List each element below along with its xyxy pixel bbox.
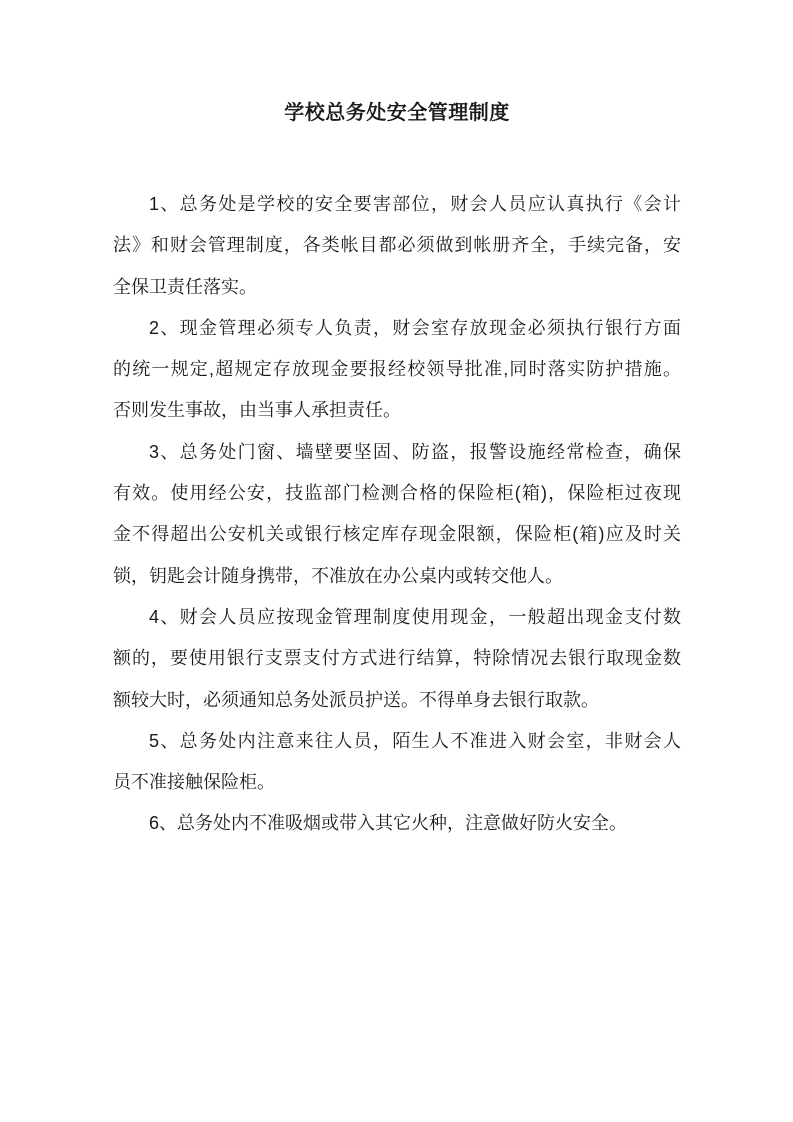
paragraph: 2、现金管理必须专人负责，财会室存放现金必须执行银行方面的统一规定,超规定存放现… <box>113 308 681 432</box>
paragraph-line: 法》和财会管理制度，各类帐目都必须做到帐册齐全，手续完备，安 <box>113 225 681 266</box>
paragraph-line: 员不准接触保险柜。 <box>113 762 681 803</box>
document-page: 学校总务处安全管理制度 1、总务处是学校的安全要害部位，财会人员应认真执行《会计… <box>0 0 793 1122</box>
paragraph-line: 金不得超出公安机关或银行核定库存现金限额，保险柜(箱)应及时关 <box>113 514 681 555</box>
document-title: 学校总务处安全管理制度 <box>113 98 681 129</box>
paragraph: 5、总务处内注意来往人员，陌生人不准进入财会室，非财会人员不准接触保险柜。 <box>113 721 681 804</box>
paragraph: 4、财会人员应按现金管理制度使用现金，一般超出现金支付数额的，要使用银行支票支付… <box>113 597 681 721</box>
paragraph-line: 4、财会人员应按现金管理制度使用现金，一般超出现金支付数 <box>113 597 681 638</box>
paragraph-line: 6、总务处内不准吸烟或带入其它火种，注意做好防火安全。 <box>113 803 681 844</box>
paragraph-line: 1、总务处是学校的安全要害部位，财会人员应认真执行《会计 <box>113 184 681 225</box>
paragraph-line: 3、总务处门窗、墙壁要坚固、防盗，报警设施经常检查，确保 <box>113 432 681 473</box>
paragraph-line: 额的，要使用银行支票支付方式进行结算，特除情况去银行取现金数 <box>113 638 681 679</box>
paragraph: 6、总务处内不准吸烟或带入其它火种，注意做好防火安全。 <box>113 803 681 844</box>
paragraph-line: 全保卫责任落实。 <box>113 267 681 308</box>
paragraph-line: 的统一规定,超规定存放现金要报经校领导批准,同时落实防护措施。 <box>113 349 681 390</box>
paragraph-line: 有效。使用经公安，技监部门检测合格的保险柜(箱)，保险柜过夜现 <box>113 473 681 514</box>
paragraph-line: 额较大时，必须通知总务处派员护送。不得单身去银行取款。 <box>113 680 681 721</box>
document-body: 1、总务处是学校的安全要害部位，财会人员应认真执行《会计法》和财会管理制度，各类… <box>113 184 681 845</box>
paragraph: 1、总务处是学校的安全要害部位，财会人员应认真执行《会计法》和财会管理制度，各类… <box>113 184 681 308</box>
paragraph-line: 2、现金管理必须专人负责，财会室存放现金必须执行银行方面 <box>113 308 681 349</box>
paragraph-line: 锁，钥匙会计随身携带，不准放在办公桌内或转交他人。 <box>113 556 681 597</box>
paragraph-line: 5、总务处内注意来往人员，陌生人不准进入财会室，非财会人 <box>113 721 681 762</box>
paragraph: 3、总务处门窗、墙壁要坚固、防盗，报警设施经常检查，确保有效。使用经公安，技监部… <box>113 432 681 597</box>
paragraph-line: 否则发生事故，由当事人承担责任。 <box>113 390 681 431</box>
